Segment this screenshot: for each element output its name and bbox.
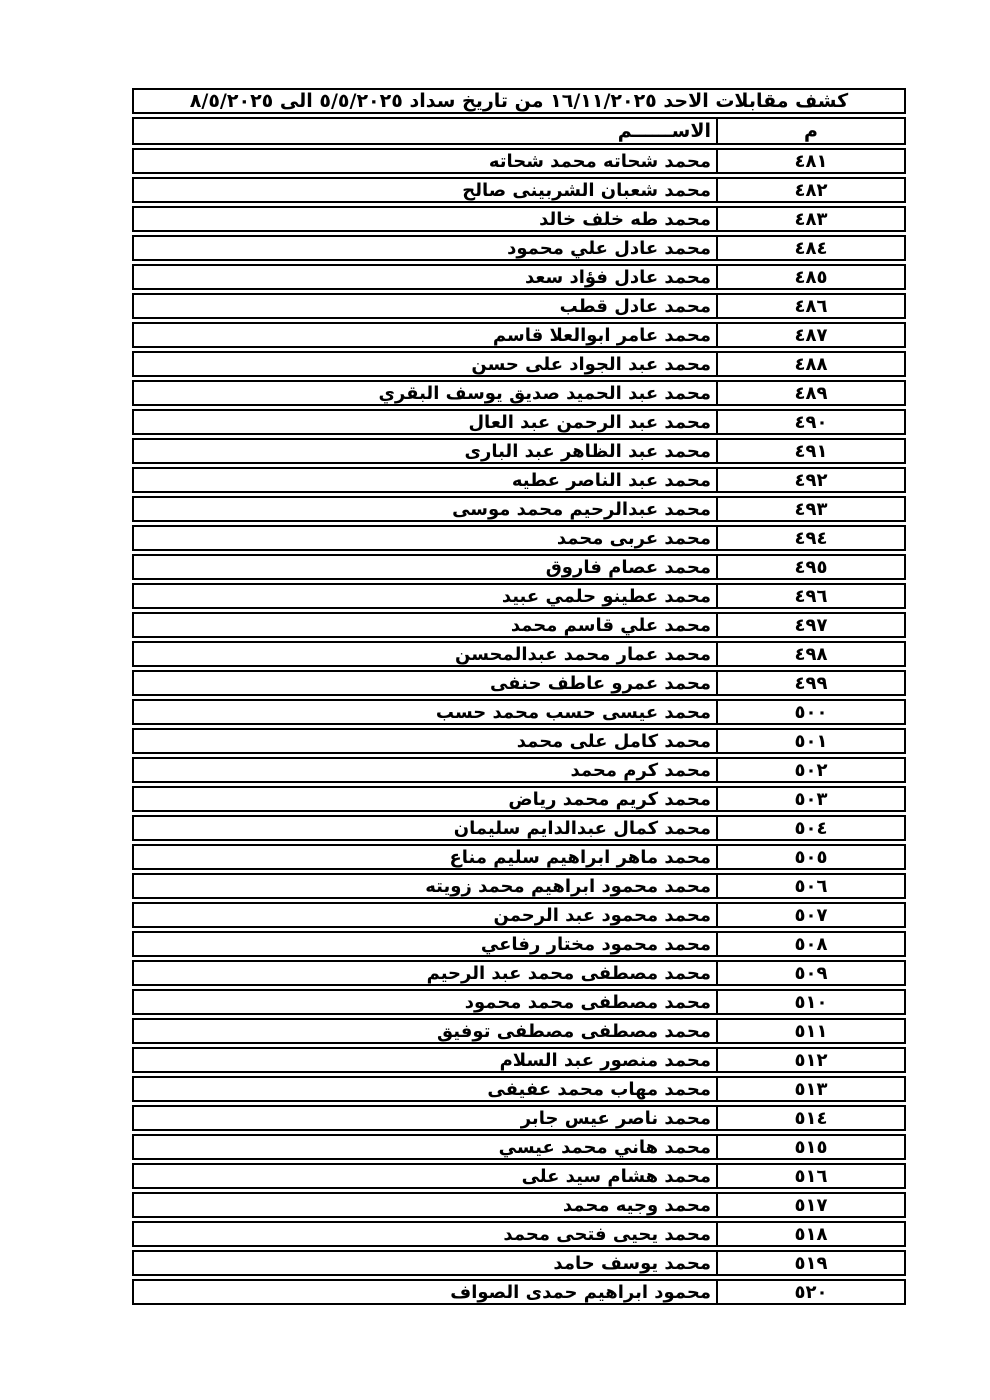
- table-row: ٤٨٩ محمد عبد الحميد صديق يوسف البقري: [132, 380, 906, 406]
- serial-cell: ٤٩٠: [716, 411, 904, 433]
- serial-cell: ٥٠٥: [716, 846, 904, 868]
- table-row: ٥٢٠ محمود ابراهيم حمدى الصواف: [132, 1279, 906, 1305]
- name-cell: محمد عادل فؤاد سعد: [134, 266, 716, 288]
- table-row: ٥١٩ محمد يوسف حامد: [132, 1250, 906, 1276]
- serial-cell: ٥١٤: [716, 1107, 904, 1129]
- serial-cell: ٥٠٠: [716, 701, 904, 723]
- serial-cell: ٥٠٩: [716, 962, 904, 984]
- table-row: ٥٠٣ محمد كريم محمد رياض: [132, 786, 906, 812]
- serial-cell: ٥٠٧: [716, 904, 904, 926]
- serial-cell: ٤٨٤: [716, 237, 904, 259]
- table-row: ٤٩٥ محمد عصام فاروق: [132, 554, 906, 580]
- name-cell: محمد محمود ابراهيم محمد زويته: [134, 875, 716, 897]
- table-row: ٤٨١ محمد شحاته محمد شحاته: [132, 148, 906, 174]
- name-cell: محمد مهاب محمد عفيفى: [134, 1078, 716, 1100]
- serial-cell: ٤٨٦: [716, 295, 904, 317]
- name-cell: محمد عبد الرحمن عبد العال: [134, 411, 716, 433]
- name-cell: محمد شعبان الشربينى صالح: [134, 179, 716, 201]
- name-cell: محمد عيسى حسب محمد حسب: [134, 701, 716, 723]
- name-cell: محمد مصطفى مصطفى توفيق: [134, 1020, 716, 1042]
- table-row: ٤٩٢ محمد عبد الناصر عطيه: [132, 467, 906, 493]
- name-cell: محمد عبد الناصر عطيه: [134, 469, 716, 491]
- table-row: ٥١٧ محمد وجيه محمد: [132, 1192, 906, 1218]
- serial-cell: ٥١٣: [716, 1078, 904, 1100]
- name-cell: محمد عادل علي محمود: [134, 237, 716, 259]
- serial-cell: ٥١١: [716, 1020, 904, 1042]
- document-title: كشف مقابلات الاحد ١٦/١١/٢٠٢٥ من تاريخ سد…: [132, 88, 906, 114]
- table-row: ٤٩٣ محمد عبدالرحيم محمد موسى: [132, 496, 906, 522]
- table-body: ٤٨١ محمد شحاته محمد شحاته ٤٨٢ محمد شعبان…: [132, 148, 906, 1305]
- serial-cell: ٤٨٨: [716, 353, 904, 375]
- name-cell: محمد مصطفى محمد عبد الرحيم: [134, 962, 716, 984]
- table-row: ٤٩٦ محمد عطينو حلمي عبيد: [132, 583, 906, 609]
- serial-cell: ٥٢٠: [716, 1281, 904, 1303]
- table-row: ٥٠٦ محمد محمود ابراهيم محمد زويته: [132, 873, 906, 899]
- name-cell: محمد عبد الجواد على حسن: [134, 353, 716, 375]
- table-row: ٤٩٧ محمد علي قاسم محمد: [132, 612, 906, 638]
- serial-cell: ٤٩٥: [716, 556, 904, 578]
- table-row: ٥٠١ محمد كامل على محمد: [132, 728, 906, 754]
- name-cell: محمد محمود عبد الرحمن: [134, 904, 716, 926]
- serial-cell: ٤٩٨: [716, 643, 904, 665]
- table-header-row: م الاســــــم: [132, 117, 906, 145]
- name-cell: محمود ابراهيم حمدى الصواف: [134, 1281, 716, 1303]
- name-cell: محمد مصطفى محمد محمود: [134, 991, 716, 1013]
- table-row: ٥٠٠ محمد عيسى حسب محمد حسب: [132, 699, 906, 725]
- name-cell: محمد محمود مختار رفاعي: [134, 933, 716, 955]
- table-row: ٥١٤ محمد ناصر عيس جابر: [132, 1105, 906, 1131]
- serial-cell: ٤٩٣: [716, 498, 904, 520]
- serial-cell: ٤٨٩: [716, 382, 904, 404]
- name-cell: محمد عبد الحميد صديق يوسف البقري: [134, 382, 716, 404]
- table-row: ٤٨٣ محمد طه خلف خالد: [132, 206, 906, 232]
- table-row: ٥٠٥ محمد ماهر ابراهيم سليم مناع: [132, 844, 906, 870]
- table-row: ٥١٢ محمد منصور عبد السلام: [132, 1047, 906, 1073]
- table-row: ٥٠٩ محمد مصطفى محمد عبد الرحيم: [132, 960, 906, 986]
- serial-cell: ٤٨٣: [716, 208, 904, 230]
- name-cell: محمد وجيه محمد: [134, 1194, 716, 1216]
- name-cell: محمد هشام سيد على: [134, 1165, 716, 1187]
- table-row: ٥١٦ محمد هشام سيد على: [132, 1163, 906, 1189]
- serial-cell: ٤٩٤: [716, 527, 904, 549]
- table-row: ٥١١ محمد مصطفى مصطفى توفيق: [132, 1018, 906, 1044]
- serial-cell: ٤٩٦: [716, 585, 904, 607]
- serial-cell: ٥٠٣: [716, 788, 904, 810]
- name-cell: محمد كرم محمد: [134, 759, 716, 781]
- name-cell: محمد عامر ابوالعلا قاسم: [134, 324, 716, 346]
- name-cell: محمد شحاته محمد شحاته: [134, 150, 716, 172]
- table-row: ٥٠٢ محمد كرم محمد: [132, 757, 906, 783]
- name-cell: محمد عصام فاروق: [134, 556, 716, 578]
- serial-cell: ٥١٩: [716, 1252, 904, 1274]
- serial-cell: ٤٨١: [716, 150, 904, 172]
- name-cell: محمد يوسف حامد: [134, 1252, 716, 1274]
- document-page: كشف مقابلات الاحد ١٦/١١/٢٠٢٥ من تاريخ سد…: [0, 0, 990, 1400]
- name-cell: محمد عطينو حلمي عبيد: [134, 585, 716, 607]
- table-row: ٤٨٥ محمد عادل فؤاد سعد: [132, 264, 906, 290]
- table-row: ٥٠٨ محمد محمود مختار رفاعي: [132, 931, 906, 957]
- table-row: ٤٩٠ محمد عبد الرحمن عبد العال: [132, 409, 906, 435]
- interviews-table: كشف مقابلات الاحد ١٦/١١/٢٠٢٥ من تاريخ سد…: [132, 88, 906, 1308]
- serial-cell: ٥٠٨: [716, 933, 904, 955]
- table-row: ٥١٠ محمد مصطفى محمد محمود: [132, 989, 906, 1015]
- serial-column-header: م: [716, 119, 904, 143]
- table-row: ٤٩١ محمد عبد الظاهر عبد البارى: [132, 438, 906, 464]
- serial-cell: ٥١٢: [716, 1049, 904, 1071]
- table-row: ٤٩٤ محمد عربى محمد: [132, 525, 906, 551]
- name-cell: محمد منصور عبد السلام: [134, 1049, 716, 1071]
- serial-cell: ٥٠٤: [716, 817, 904, 839]
- table-row: ٤٨٤ محمد عادل علي محمود: [132, 235, 906, 261]
- name-cell: محمد يحيى فتحى محمد: [134, 1223, 716, 1245]
- serial-cell: ٥١٥: [716, 1136, 904, 1158]
- name-cell: محمد عادل قطب: [134, 295, 716, 317]
- name-cell: محمد عمار محمد عبدالمحسن: [134, 643, 716, 665]
- name-cell: محمد كمال عبدالدايم سليمان: [134, 817, 716, 839]
- table-row: ٥١٣ محمد مهاب محمد عفيفى: [132, 1076, 906, 1102]
- table-row: ٥٠٧ محمد محمود عبد الرحمن: [132, 902, 906, 928]
- serial-cell: ٤٨٢: [716, 179, 904, 201]
- name-cell: محمد كامل على محمد: [134, 730, 716, 752]
- table-row: ٤٨٢ محمد شعبان الشربينى صالح: [132, 177, 906, 203]
- serial-cell: ٤٩٧: [716, 614, 904, 636]
- serial-cell: ٤٩٩: [716, 672, 904, 694]
- table-row: ٤٨٧ محمد عامر ابوالعلا قاسم: [132, 322, 906, 348]
- name-cell: محمد علي قاسم محمد: [134, 614, 716, 636]
- serial-cell: ٤٩٢: [716, 469, 904, 491]
- name-cell: محمد هاني محمد عيسي: [134, 1136, 716, 1158]
- table-row: ٥٠٤ محمد كمال عبدالدايم سليمان: [132, 815, 906, 841]
- table-row: ٥١٥ محمد هاني محمد عيسي: [132, 1134, 906, 1160]
- table-row: ٤٨٦ محمد عادل قطب: [132, 293, 906, 319]
- table-row: ٥١٨ محمد يحيى فتحى محمد: [132, 1221, 906, 1247]
- name-cell: محمد عمرو عاطف حنفى: [134, 672, 716, 694]
- name-cell: محمد طه خلف خالد: [134, 208, 716, 230]
- serial-cell: ٥٠١: [716, 730, 904, 752]
- serial-cell: ٤٩١: [716, 440, 904, 462]
- name-cell: محمد كريم محمد رياض: [134, 788, 716, 810]
- serial-cell: ٤٨٧: [716, 324, 904, 346]
- serial-cell: ٥١٠: [716, 991, 904, 1013]
- serial-cell: ٥٠٢: [716, 759, 904, 781]
- name-cell: محمد عربى محمد: [134, 527, 716, 549]
- name-cell: محمد عبد الظاهر عبد البارى: [134, 440, 716, 462]
- table-row: ٤٨٨ محمد عبد الجواد على حسن: [132, 351, 906, 377]
- serial-cell: ٥١٧: [716, 1194, 904, 1216]
- serial-cell: ٥٠٦: [716, 875, 904, 897]
- table-row: ٤٩٨ محمد عمار محمد عبدالمحسن: [132, 641, 906, 667]
- name-cell: محمد ناصر عيس جابر: [134, 1107, 716, 1129]
- name-cell: محمد ماهر ابراهيم سليم مناع: [134, 846, 716, 868]
- name-cell: محمد عبدالرحيم محمد موسى: [134, 498, 716, 520]
- table-row: ٤٩٩ محمد عمرو عاطف حنفى: [132, 670, 906, 696]
- name-column-header: الاســــــم: [134, 119, 716, 143]
- serial-cell: ٥١٦: [716, 1165, 904, 1187]
- serial-cell: ٥١٨: [716, 1223, 904, 1245]
- serial-cell: ٤٨٥: [716, 266, 904, 288]
